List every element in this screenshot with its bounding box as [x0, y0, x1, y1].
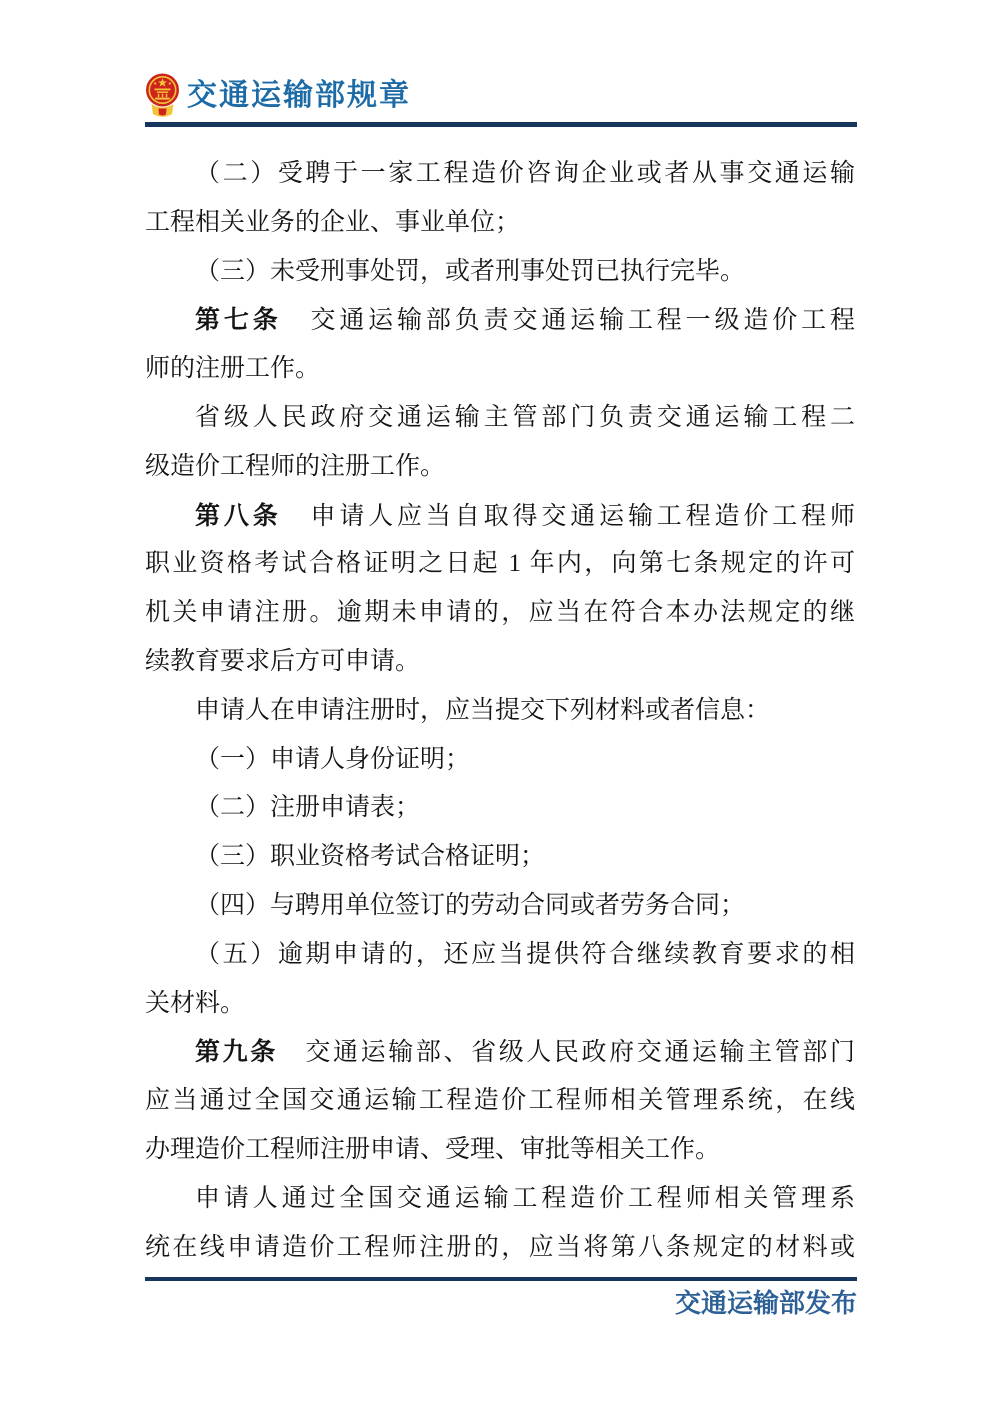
text-line: 应当通过全国交通运输工程造价工程师相关管理系统，在线 — [145, 1077, 855, 1126]
text-line: 级造价工程师的注册工作。 — [145, 443, 855, 492]
text-run: 申请人应当自取得交通运输工程造价工程师 — [282, 503, 855, 530]
text-line: 申请人在申请注册时，应当提交下列材料或者信息： — [145, 687, 855, 736]
text-line: （五）逾期申请的，还应当提供符合继续教育要求的相 — [145, 931, 855, 980]
text-line: 第八条 申请人应当自取得交通运输工程造价工程师 — [145, 492, 855, 541]
text-run: 交通运输部负责交通运输工程一级造价工程 — [282, 307, 855, 334]
article-number: 第七条 — [195, 306, 282, 334]
article-number: 第九条 — [195, 1038, 278, 1066]
document-body: （二）受聘于一家工程造价咨询企业或者从事交通运输工程相关业务的企业、事业单位；（… — [145, 150, 855, 1272]
text-line: 第七条 交通运输部负责交通运输工程一级造价工程 — [145, 296, 855, 345]
text-line: 续教育要求后方可申请。 — [145, 638, 855, 687]
text-line: 工程相关业务的企业、事业单位； — [145, 199, 855, 248]
text-run: 办理造价工程师注册申请、受理、审批等相关工作。 — [145, 1136, 720, 1163]
text-run: 职业资格考试合格证明之日起 1 年内，向第七条规定的许可 — [145, 550, 855, 577]
text-run: （四）与聘用单位签订的劳动合同或者劳务合同； — [195, 892, 745, 919]
text-run: 续教育要求后方可申请。 — [145, 648, 420, 675]
text-run: 机关申请注册。逾期未申请的，应当在符合本办法规定的继 — [145, 599, 855, 626]
text-line: 省级人民政府交通运输主管部门负责交通运输工程二 — [145, 394, 855, 443]
document-lines: （二）受聘于一家工程造价咨询企业或者从事交通运输工程相关业务的企业、事业单位；（… — [145, 150, 855, 1272]
text-line: 师的注册工作。 — [145, 345, 855, 394]
article-number: 第八条 — [195, 502, 282, 530]
text-line: 办理造价工程师注册申请、受理、审批等相关工作。 — [145, 1126, 855, 1175]
text-run: 统在线申请造价工程师注册的，应当将第八条规定的材料或 — [145, 1234, 855, 1261]
publisher-label: 交通运输部发布 — [145, 1286, 857, 1322]
text-line: 机关申请注册。逾期未申请的，应当在符合本办法规定的继 — [145, 589, 855, 638]
text-line: 职业资格考试合格证明之日起 1 年内，向第七条规定的许可 — [145, 540, 855, 589]
text-run: （二）注册申请表； — [195, 794, 420, 821]
document-page: 交通运输部规章 （二）受聘于一家工程造价咨询企业或者从事交通运输工程相关业务的企… — [0, 0, 1000, 1414]
text-run: 应当通过全国交通运输工程造价工程师相关管理系统，在线 — [145, 1087, 855, 1114]
text-run: 申请人通过全国交通运输工程造价工程师相关管理系 — [195, 1185, 855, 1212]
text-line: 关材料。 — [145, 980, 855, 1029]
text-run: （三）未受刑事处罚，或者刑事处罚已执行完毕。 — [195, 258, 745, 285]
text-run: 师的注册工作。 — [145, 355, 320, 382]
text-line: （二）注册申请表； — [145, 784, 855, 833]
text-run: 工程相关业务的企业、事业单位； — [145, 209, 520, 236]
text-run: （一）申请人身份证明； — [195, 746, 470, 773]
text-line: （一）申请人身份证明； — [145, 736, 855, 785]
text-line: 申请人通过全国交通运输工程造价工程师相关管理系 — [145, 1175, 855, 1224]
text-line: 第九条 交通运输部、省级人民政府交通运输主管部门 — [145, 1028, 855, 1077]
china-national-emblem-icon — [145, 72, 181, 122]
text-run: 省级人民政府交通运输主管部门负责交通运输工程二 — [195, 404, 855, 431]
text-line: （三）未受刑事处罚，或者刑事处罚已执行完毕。 — [145, 248, 855, 297]
text-line: 统在线申请造价工程师注册的，应当将第八条规定的材料或 — [145, 1224, 855, 1273]
footer-rule — [145, 1277, 857, 1281]
document-header: 交通运输部规章 — [145, 70, 857, 122]
text-run: （三）职业资格考试合格证明； — [195, 843, 545, 870]
text-run: （五）逾期申请的，还应当提供符合继续教育要求的相 — [195, 941, 855, 968]
text-line: （四）与聘用单位签订的劳动合同或者劳务合同； — [145, 882, 855, 931]
text-run: 申请人在申请注册时，应当提交下列材料或者信息： — [195, 697, 770, 724]
header-rule — [145, 122, 857, 127]
text-line: （三）职业资格考试合格证明； — [145, 833, 855, 882]
text-run: 交通运输部、省级人民政府交通运输主管部门 — [278, 1039, 855, 1066]
text-run: 级造价工程师的注册工作。 — [145, 453, 445, 480]
page-title: 交通运输部规章 — [187, 78, 411, 114]
text-run: 关材料。 — [145, 990, 245, 1017]
text-line: （二）受聘于一家工程造价咨询企业或者从事交通运输 — [145, 150, 855, 199]
text-run: （二）受聘于一家工程造价咨询企业或者从事交通运输 — [195, 160, 855, 187]
